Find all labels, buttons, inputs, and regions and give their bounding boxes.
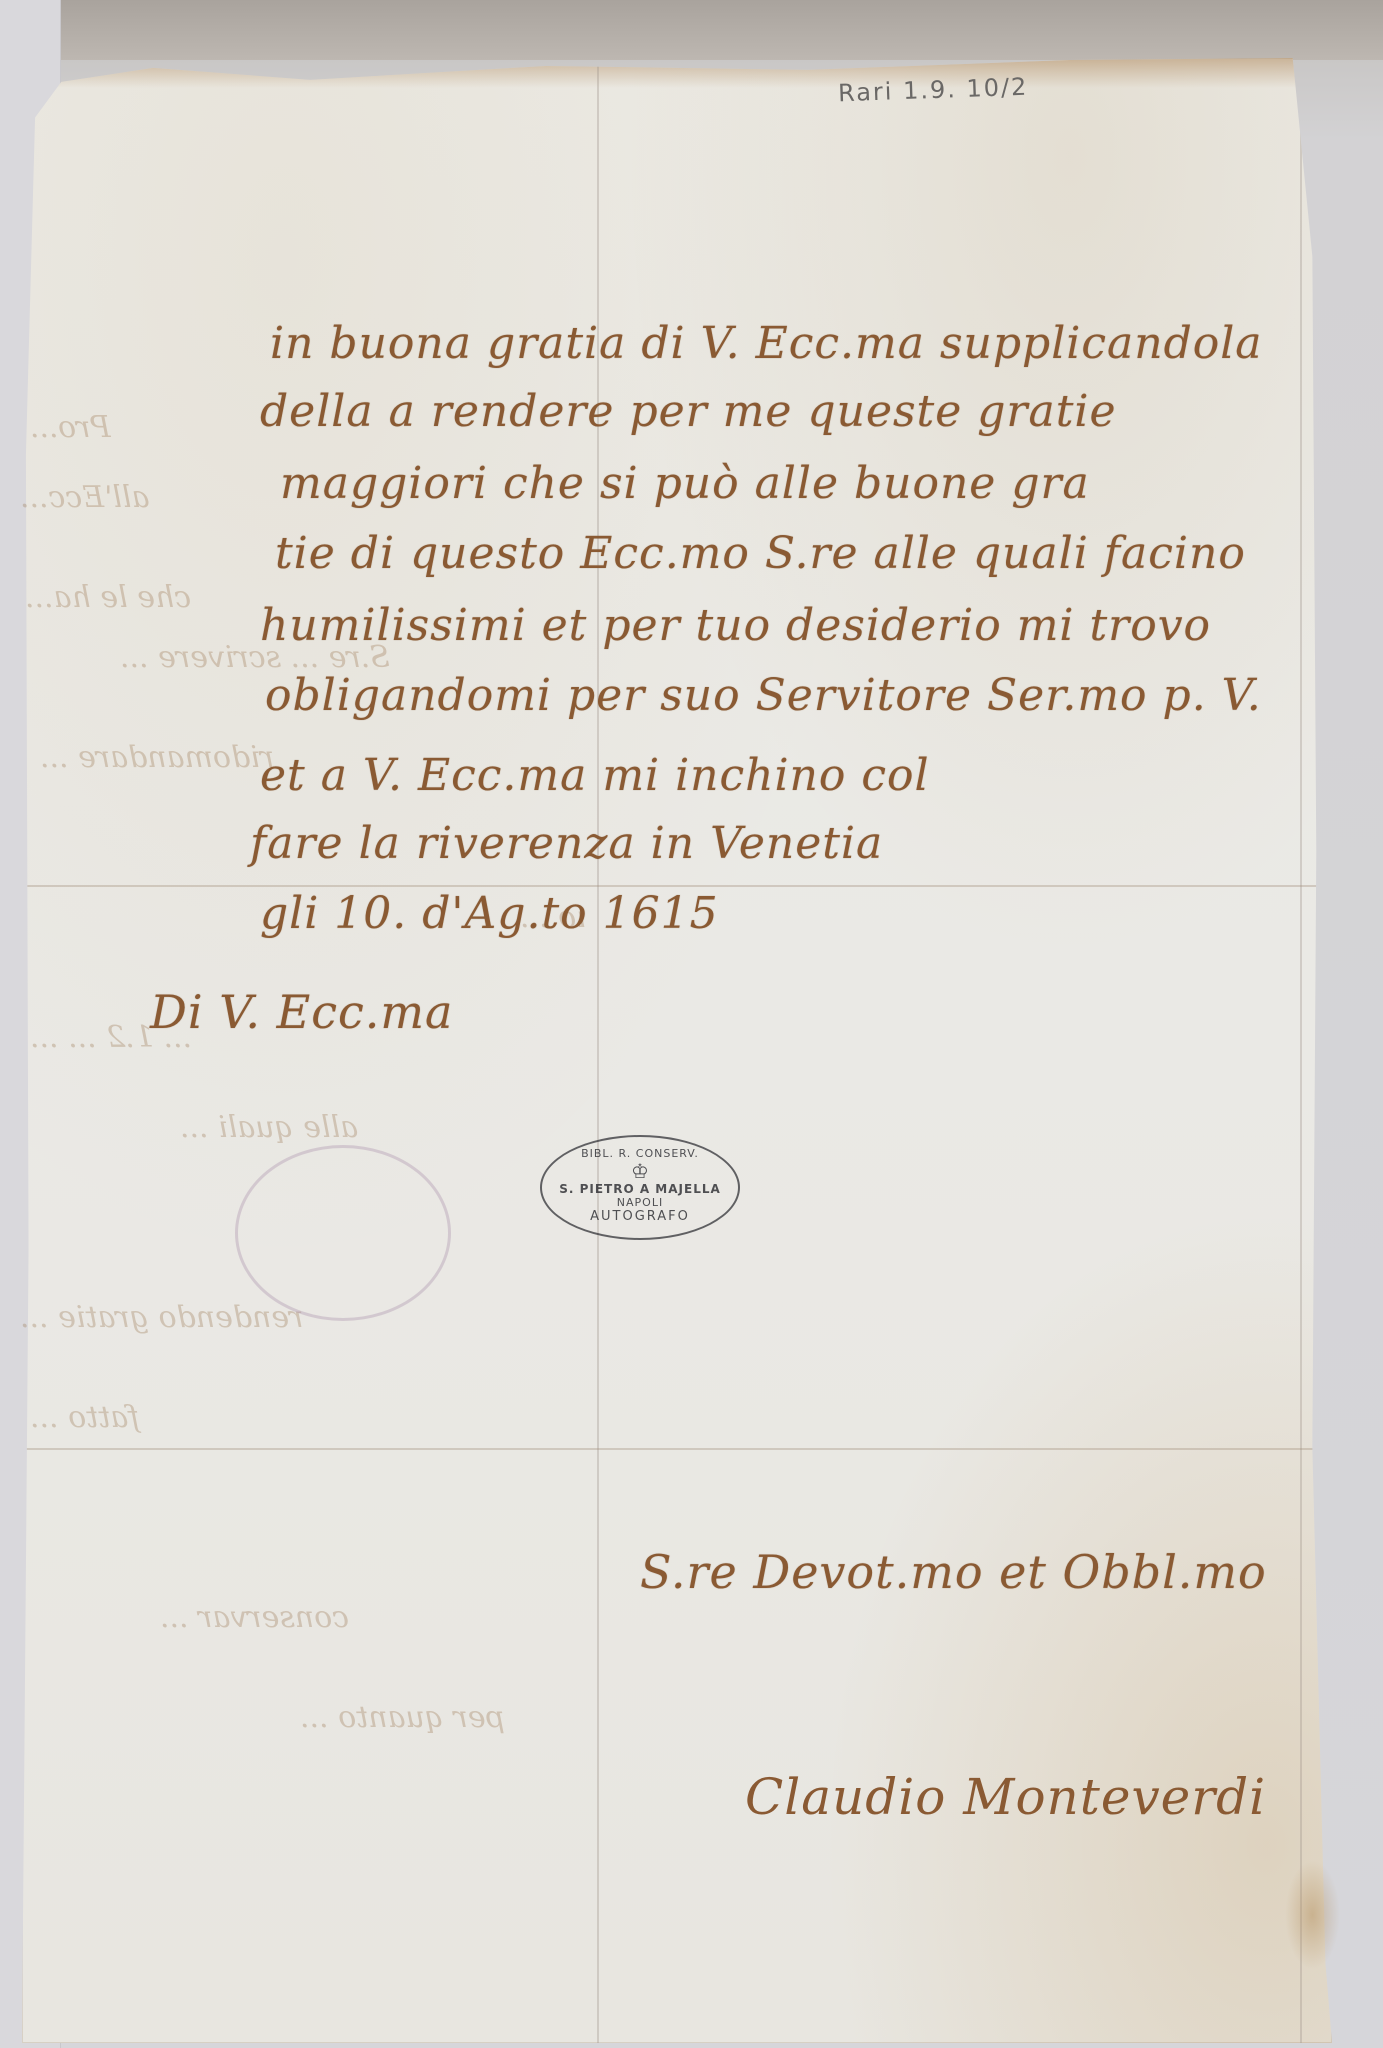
letter-line: tie di questo Ecc.mo S.re alle quali fac… (275, 528, 1246, 579)
salutation-line: S.re Devot.mo et Obbl.mo (640, 1545, 1267, 1599)
bleed-through-text: fatto ... (30, 1400, 139, 1435)
bleed-through-text: rendendo gratie ... (20, 1300, 303, 1335)
corner-stain (1285, 1860, 1340, 1970)
letter-line: gli 10. d'Ag.to 1615 (260, 888, 719, 939)
bleed-through-text: conservar ... (160, 1600, 349, 1635)
stamp-middle-text: S. PIETRO A MAJELLA (542, 1182, 738, 1196)
stamp-bottom-text: AUTOGRAFO (542, 1209, 738, 1224)
letter-line: obligandomi per suo Servitore Ser.mo p. … (265, 670, 1262, 721)
salutation-prefix: Di V. Ecc.ma (150, 985, 453, 1039)
faded-stamp (235, 1145, 451, 1321)
letter-line: maggiori che si può alle buone gra (280, 458, 1090, 509)
bleed-through-text: all'Ecc... (20, 480, 149, 515)
bleed-through-text: alle quali ... (180, 1110, 358, 1145)
letter-line: fare la riverenza in Venetia (250, 818, 883, 869)
bleed-through-text: ridomandare ... (40, 740, 274, 775)
horizontal-fold (22, 885, 1332, 887)
crown-icon: ♔ (542, 1160, 738, 1182)
bleed-through-text: Pro... (30, 410, 111, 445)
letter-line: et a V. Ecc.ma mi inchino col (260, 750, 930, 801)
letter-line: in buona gratia di V. Ecc.ma supplicando… (270, 318, 1263, 369)
right-fold (1300, 58, 1302, 2043)
library-stamp: BIBL. R. CONSERV. ♔ S. PIETRO A MAJELLA … (540, 1135, 740, 1240)
bleed-through-text: che le ha... (25, 580, 191, 615)
top-edge-stain (22, 58, 1332, 88)
backdrop-board (0, 0, 1383, 60)
signature: Claudio Monteverdi (745, 1768, 1266, 1826)
horizontal-fold-lower (22, 1448, 1332, 1450)
letter-line: della a rendere per me queste gratie (260, 386, 1117, 437)
stamp-sub-text: NAPOLI (542, 1196, 738, 1209)
letter-line: humilissimi et per tuo desiderio mi trov… (260, 600, 1211, 651)
bleed-through-text: per quanto ... (300, 1700, 505, 1735)
